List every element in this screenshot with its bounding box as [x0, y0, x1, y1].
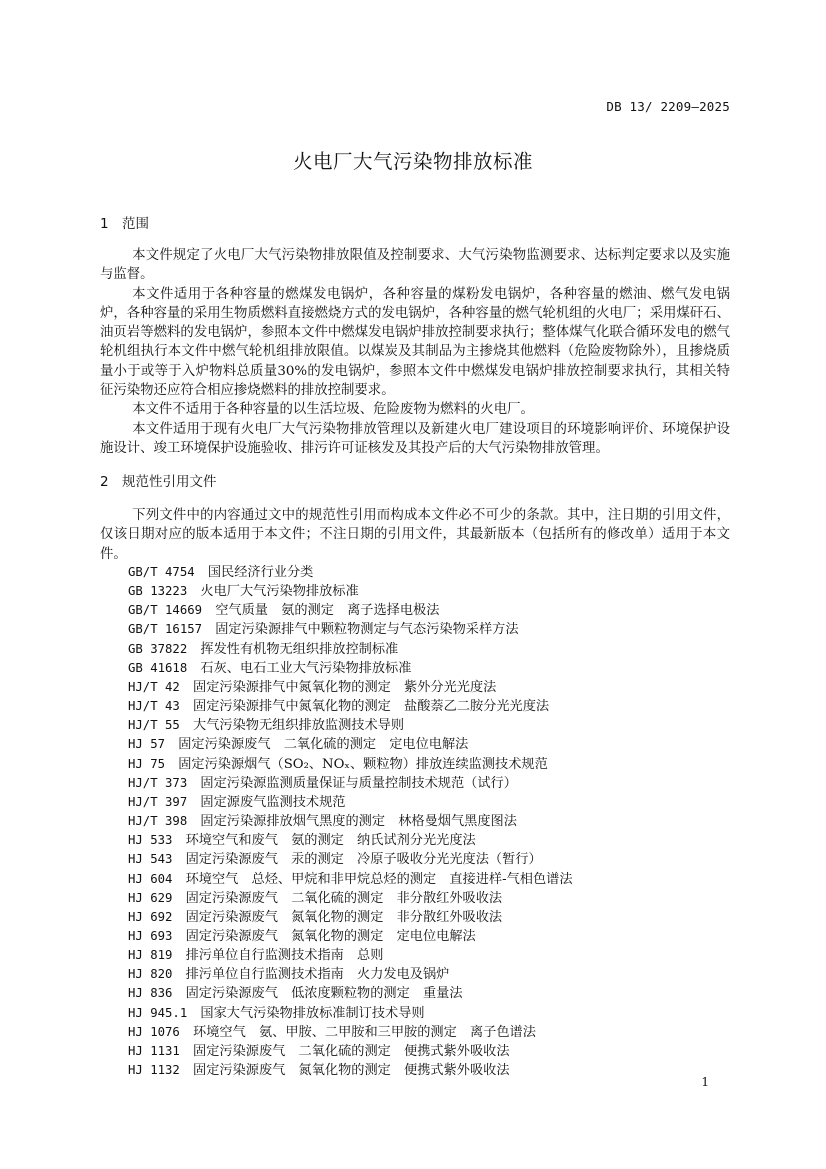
reference-item: GB 13223 火电厂大气污染物排放标准: [128, 582, 573, 601]
spacer: [180, 680, 193, 695]
reference-item: HJ 819 排污单位自行监测技术指南 总则: [128, 946, 573, 965]
reference-item: HJ/T 373 固定污染源监测质量保证与质量控制技术规范（试行）: [128, 774, 573, 793]
reference-code: HJ 629: [128, 891, 172, 905]
reference-name: 固定污染源排气中氮氧化物的测定 盐酸萘乙二胺分光光度法: [193, 699, 549, 714]
reference-code: GB 37822: [128, 642, 187, 656]
reference-item: HJ 1076 环境空气 氨、甲胺、二甲胺和三甲胺的测定 离子色谱法: [128, 1023, 573, 1042]
reference-name: 排污单位自行监测技术指南 火力发电及锅炉: [186, 967, 450, 982]
reference-item: GB/T 4754 国民经济行业分类: [128, 563, 573, 582]
reference-name: 挥发性有机物无组织排放控制标准: [200, 642, 398, 657]
reference-item: HJ 543 固定污染源废气 汞的测定 冷原子吸收分光光度法（暂行）: [128, 850, 573, 869]
reference-name: 国家大气污染物排放标准制订技术导则: [200, 1006, 424, 1021]
spacer: [187, 814, 200, 829]
paragraph: 下列文件中的内容通过文中的规范性引用而构成本文件必不可少的条款。其中，注日期的引…: [100, 506, 730, 564]
reference-code: HJ 543: [128, 852, 172, 866]
section-heading-normative-references: 2规范性引用文件: [100, 470, 217, 490]
section-title: 规范性引用文件: [122, 474, 217, 490]
spacer: [172, 929, 185, 944]
reference-code: HJ/T 397: [128, 795, 187, 809]
page-number: 1: [701, 1075, 709, 1089]
spacer: [202, 603, 215, 618]
spacer: [172, 852, 185, 867]
reference-item: HJ/T 43 固定污染源排气中氮氧化物的测定 盐酸萘乙二胺分光光度法: [128, 697, 573, 716]
spacer: [187, 661, 200, 676]
reference-code: HJ 57: [128, 737, 165, 751]
reference-code: HJ 604: [128, 872, 172, 886]
reference-list: GB/T 4754 国民经济行业分类GB 13223 火电厂大气污染物排放标准G…: [128, 563, 573, 1080]
section-title: 范围: [122, 216, 149, 232]
reference-code: HJ 692: [128, 910, 172, 924]
spacer: [195, 565, 208, 580]
reference-code: HJ 75: [128, 757, 165, 771]
reference-item: HJ 692 固定污染源废气 氮氧化物的测定 非分散红外吸收法: [128, 908, 573, 927]
reference-item: HJ 629 固定污染源废气 二氧化硫的测定 非分散红外吸收法: [128, 889, 573, 908]
spacer: [180, 1044, 193, 1059]
section-body-normative-references: 下列文件中的内容通过文中的规范性引用而构成本文件必不可少的条款。其中，注日期的引…: [100, 506, 730, 564]
reference-code: GB/T 16157: [128, 622, 202, 636]
reference-code: HJ/T 398: [128, 814, 187, 828]
reference-item: GB/T 16157 固定污染源排气中颗粒物测定与气态污染物采样方法: [128, 620, 573, 639]
reference-name: 固定污染源废气 汞的测定 冷原子吸收分光光度法（暂行）: [186, 852, 542, 867]
reference-name: 固定污染源废气 二氧化硫的测定 定电位电解法: [178, 737, 468, 752]
reference-code: HJ/T 42: [128, 680, 180, 694]
reference-name: 环境空气 氨、甲胺、二甲胺和三甲胺的测定 离子色谱法: [193, 1025, 536, 1040]
standard-number: DB 13/ 2209—2025: [606, 99, 730, 114]
reference-item: GB/T 14669 空气质量 氨的测定 离子选择电极法: [128, 601, 573, 620]
reference-code: HJ/T 43: [128, 699, 180, 713]
reference-name: 固定污染源废气 氮氧化物的测定 非分散红外吸收法: [186, 910, 503, 925]
section-number: 2: [100, 474, 122, 490]
reference-item: HJ 836 固定污染源废气 低浓度颗粒物的测定 重量法: [128, 984, 573, 1003]
reference-name: 固定污染源排气中氮氧化物的测定 紫外分光光度法: [193, 680, 496, 695]
reference-code: HJ 1076: [128, 1025, 180, 1039]
reference-name: 空气质量 氨的测定 离子选择电极法: [215, 603, 439, 618]
reference-code: HJ 820: [128, 967, 172, 981]
document-page: DB 13/ 2209—2025 火电厂大气污染物排放标准 1范围 本文件规定了…: [0, 0, 826, 1169]
reference-code: HJ 1132: [128, 1063, 180, 1077]
reference-name: 固定污染源废气 氮氧化物的测定 定电位电解法: [186, 929, 476, 944]
spacer: [172, 910, 185, 925]
reference-code: HJ 533: [128, 833, 172, 847]
section-number: 1: [100, 216, 122, 232]
reference-code: HJ 819: [128, 948, 172, 962]
reference-name: 固定污染源监测质量保证与质量控制技术规范（试行）: [200, 776, 517, 791]
reference-name: 固定污染源废气 二氧化硫的测定 便携式紫外吸收法: [193, 1044, 510, 1059]
paragraph: 本文件不适用于各种容量的以生活垃圾、危险废物为燃料的火电厂。: [100, 400, 730, 419]
spacer: [180, 699, 193, 714]
reference-code: GB/T 14669: [128, 603, 202, 617]
paragraph: 本文件适用于各种容量的燃煤发电锅炉，各种容量的煤粉发电锅炉，各种容量的燃油、燃气…: [100, 285, 730, 401]
reference-item: HJ/T 398 固定污染源排放烟气黑度的测定 林格曼烟气黑度图法: [128, 812, 573, 831]
reference-name: 固定源废气监测技术规范: [200, 795, 345, 810]
spacer: [172, 948, 185, 963]
reference-item: HJ 57 固定污染源废气 二氧化硫的测定 定电位电解法: [128, 735, 573, 754]
reference-item: HJ 533 环境空气和废气 氨的测定 纳氏试剂分光光度法: [128, 831, 573, 850]
reference-name: 环境空气 总烃、甲烷和非甲烷总烃的测定 直接进样-气相色谱法: [186, 872, 573, 887]
reference-name: 火电厂大气污染物排放标准: [200, 584, 358, 599]
spacer: [180, 1063, 193, 1078]
reference-item: HJ 693 固定污染源废气 氮氧化物的测定 定电位电解法: [128, 927, 573, 946]
spacer: [165, 737, 178, 752]
spacer: [172, 833, 185, 848]
reference-code: HJ 693: [128, 929, 172, 943]
spacer: [180, 1025, 193, 1040]
reference-item: HJ 945.1 国家大气污染物排放标准制订技术导则: [128, 1004, 573, 1023]
spacer: [172, 986, 185, 1001]
spacer: [187, 1006, 200, 1021]
spacer: [172, 872, 185, 887]
reference-name: 大气污染物无组织排放监测技术导则: [193, 718, 404, 733]
spacer: [172, 967, 185, 982]
reference-item: HJ 604 环境空气 总烃、甲烷和非甲烷总烃的测定 直接进样-气相色谱法: [128, 870, 573, 889]
reference-name: 固定污染源废气 二氧化硫的测定 非分散红外吸收法: [186, 891, 503, 906]
paragraph: 本文件规定了火电厂大气污染物排放限值及控制要求、大气污染物监测要求、达标判定要求…: [100, 246, 730, 285]
reference-item: GB 41618 石灰、电石工业大气污染物排放标准: [128, 659, 573, 678]
reference-item: HJ 1131 固定污染源废气 二氧化硫的测定 便携式紫外吸收法: [128, 1042, 573, 1061]
spacer: [180, 718, 193, 733]
reference-code: HJ 1131: [128, 1044, 180, 1058]
reference-name: 国民经济行业分类: [208, 565, 314, 580]
reference-code: GB/T 4754: [128, 565, 195, 579]
reference-name: 固定污染源排气中颗粒物测定与气态污染物采样方法: [215, 622, 518, 637]
document-title: 火电厂大气污染物排放标准: [0, 146, 826, 174]
spacer: [202, 622, 215, 637]
reference-code: HJ/T 373: [128, 776, 187, 790]
reference-code: GB 41618: [128, 661, 187, 675]
reference-item: GB 37822 挥发性有机物无组织排放控制标准: [128, 640, 573, 659]
reference-item: HJ 75 固定污染源烟气（SO₂、NOₓ、颗粒物）排放连续监测技术规范: [128, 755, 573, 774]
reference-item: HJ/T 42 固定污染源排气中氮氧化物的测定 紫外分光光度法: [128, 678, 573, 697]
section-body-scope: 本文件规定了火电厂大气污染物排放限值及控制要求、大气污染物监测要求、达标判定要求…: [100, 246, 730, 458]
paragraph: 本文件适用于现有火电厂大气污染物排放管理以及新建火电厂建设项目的环境影响评价、环…: [100, 420, 730, 459]
reference-code: GB 13223: [128, 584, 187, 598]
reference-code: HJ/T 55: [128, 718, 180, 732]
spacer: [187, 776, 200, 791]
reference-code: HJ 945.1: [128, 1006, 187, 1020]
reference-name: 固定污染源废气 低浓度颗粒物的测定 重量法: [186, 986, 463, 1001]
reference-code: HJ 836: [128, 986, 172, 1000]
spacer: [187, 642, 200, 657]
reference-name: 环境空气和废气 氨的测定 纳氏试剂分光光度法: [186, 833, 476, 848]
reference-item: HJ/T 397 固定源废气监测技术规范: [128, 793, 573, 812]
spacer: [187, 795, 200, 810]
spacer: [172, 891, 185, 906]
spacer: [165, 757, 178, 772]
reference-name: 固定污染源烟气（SO₂、NOₓ、颗粒物）排放连续监测技术规范: [178, 757, 548, 772]
reference-name: 固定污染源废气 氮氧化物的测定 便携式紫外吸收法: [193, 1063, 510, 1078]
reference-item: HJ 1132 固定污染源废气 氮氧化物的测定 便携式紫外吸收法: [128, 1061, 573, 1080]
section-heading-scope: 1范围: [100, 212, 149, 232]
reference-name: 固定污染源排放烟气黑度的测定 林格曼烟气黑度图法: [200, 814, 517, 829]
reference-item: HJ/T 55 大气污染物无组织排放监测技术导则: [128, 716, 573, 735]
reference-name: 石灰、电石工业大气污染物排放标准: [200, 661, 411, 676]
reference-name: 排污单位自行监测技术指南 总则: [186, 948, 384, 963]
spacer: [187, 584, 200, 599]
reference-item: HJ 820 排污单位自行监测技术指南 火力发电及锅炉: [128, 965, 573, 984]
